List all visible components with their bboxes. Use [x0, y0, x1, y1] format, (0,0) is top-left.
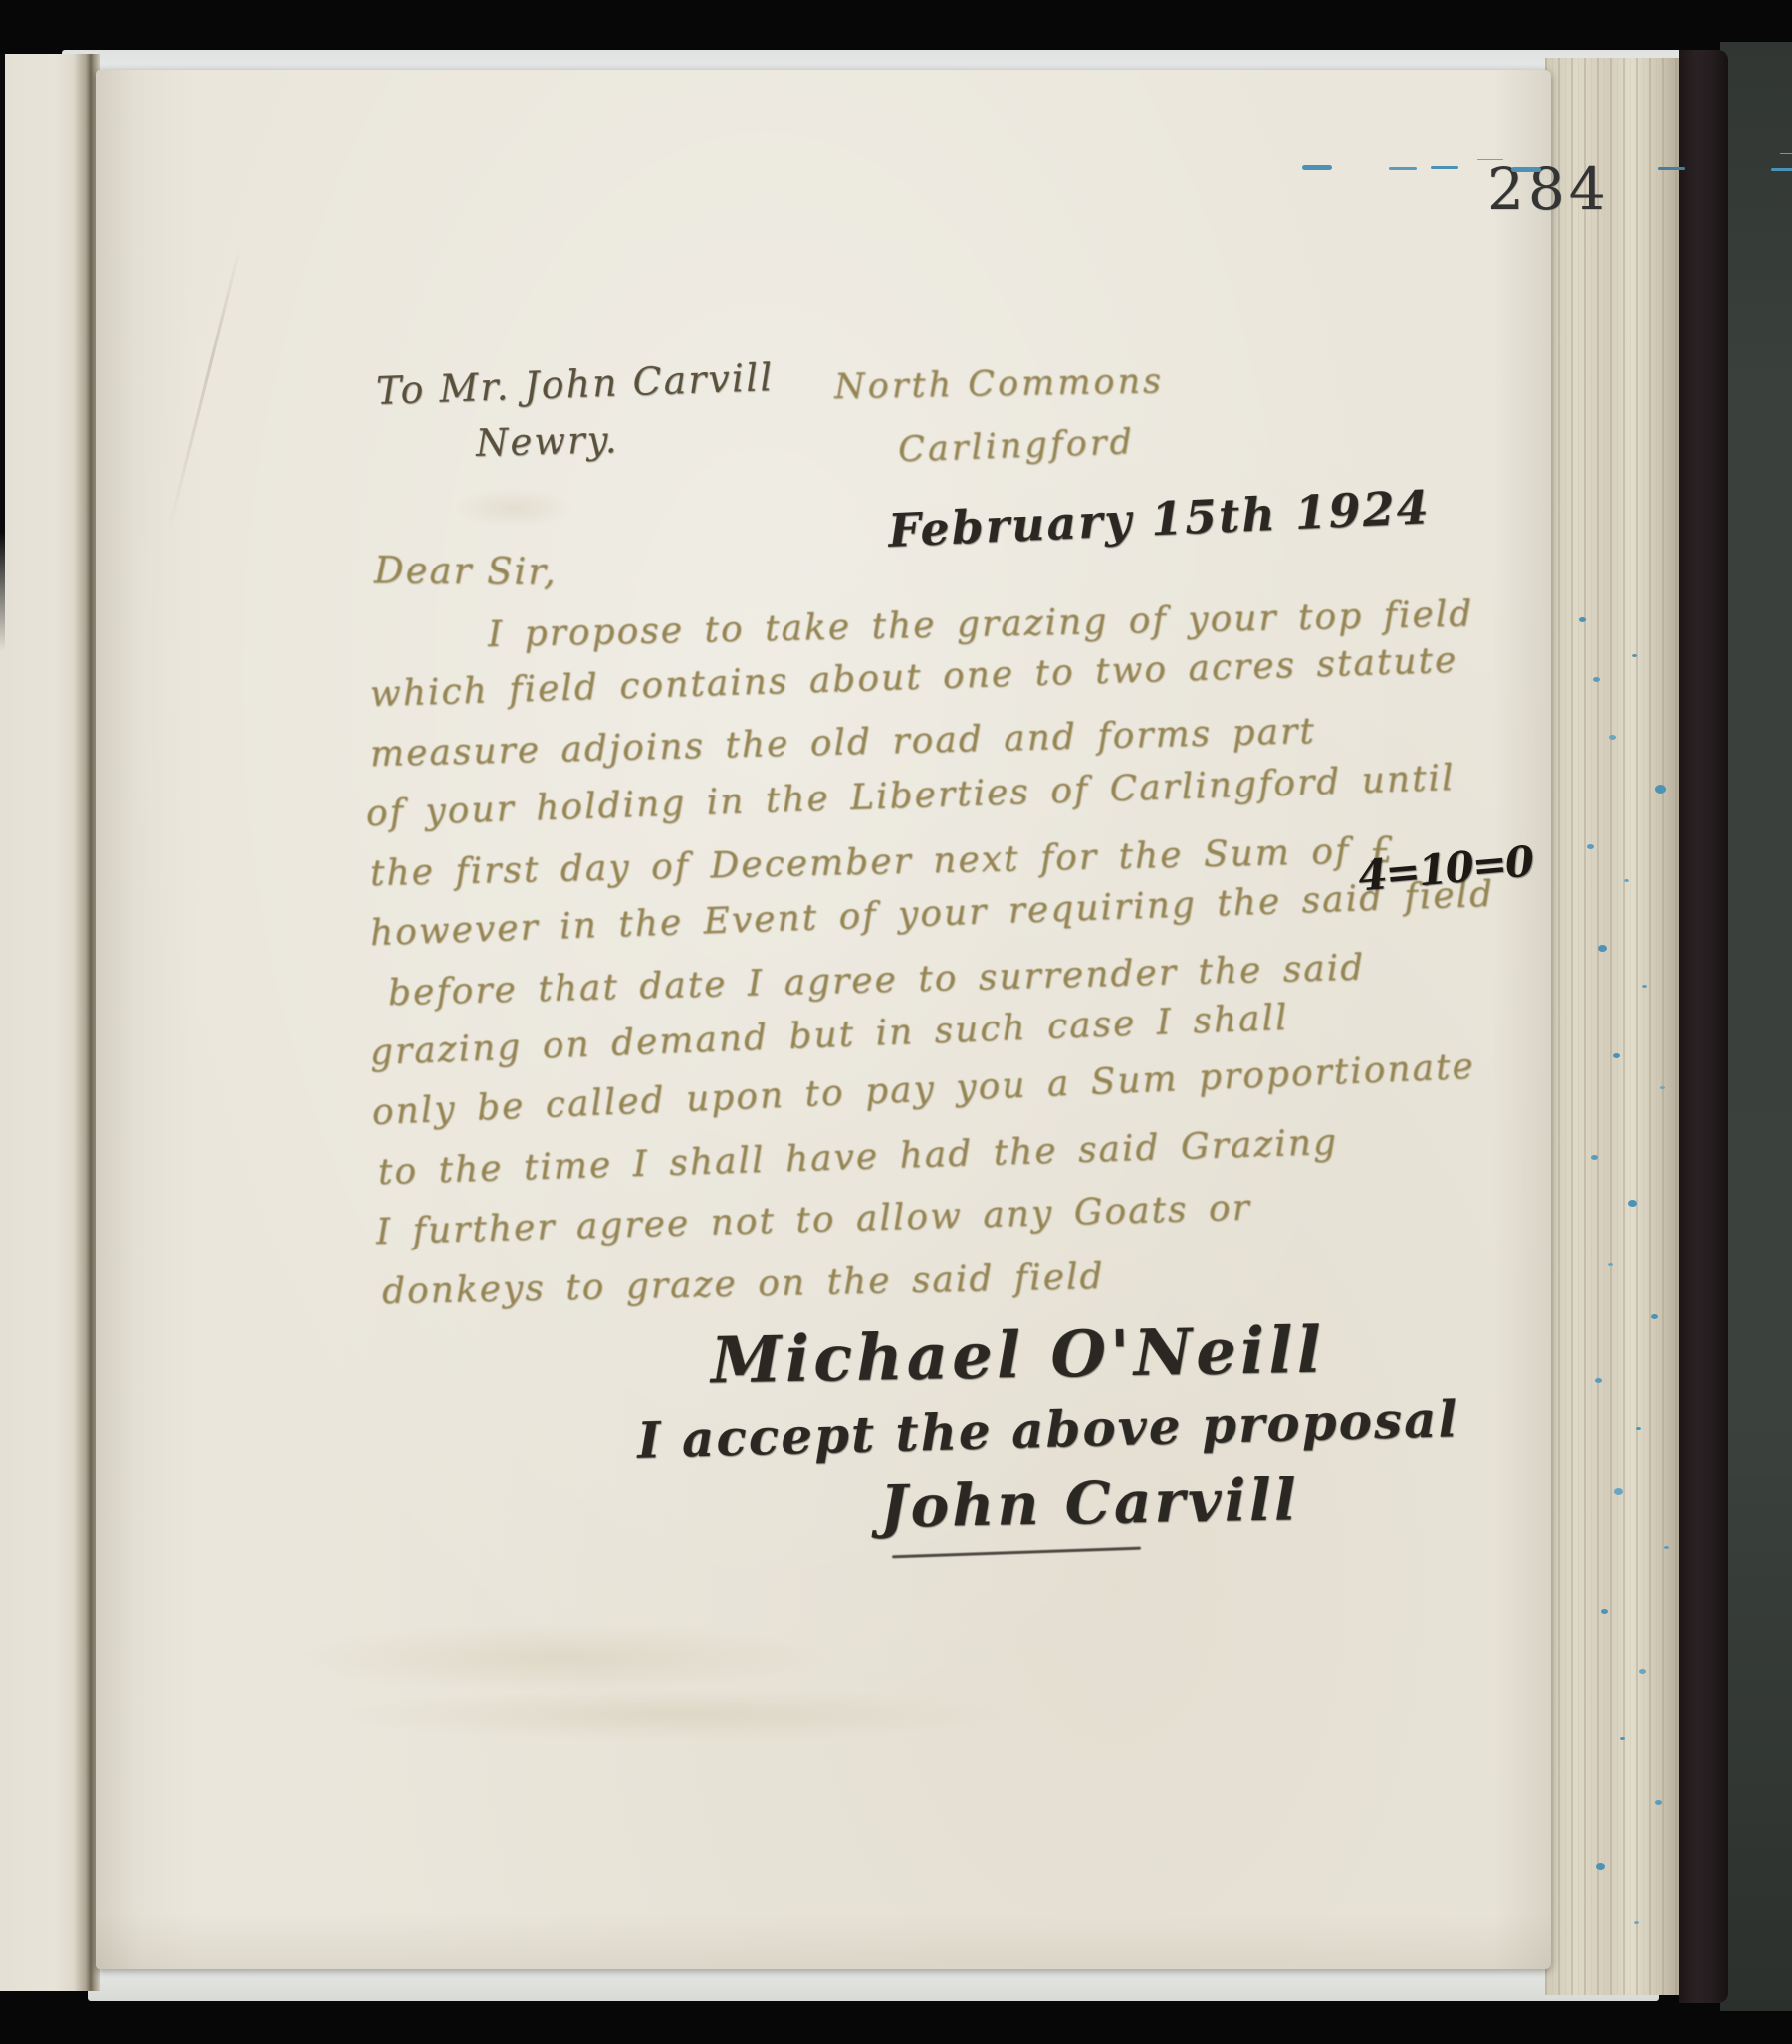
letter-body: I propose to take the grazing of your to… [370, 607, 1485, 1324]
signature-michael-oneill: Michael O'Neill [710, 1313, 1325, 1399]
letter-date: February 15th 1924 [887, 480, 1432, 558]
blue-speckles-top-edge [1302, 165, 1332, 170]
sender-address-line2: Carlingford [897, 422, 1135, 470]
background-right [1720, 42, 1792, 2011]
signature-underline-flourish [892, 1547, 1141, 1559]
signature-john-carvill: John Carvill [879, 1466, 1299, 1540]
previous-page-gutter [0, 54, 100, 1991]
ink-bleedthrough [454, 488, 573, 528]
salutation: Dear Sir, [374, 549, 558, 593]
acceptance-note: I accept the above proposal [636, 1389, 1459, 1470]
book-cover [1679, 50, 1728, 2003]
sender-address-line1: North Commons [834, 361, 1165, 407]
ink-bleedthrough [335, 1688, 1011, 1742]
recipient-name: To Mr. John Carvill [375, 355, 775, 413]
page-stack-fore-edge [1545, 58, 1684, 1995]
paper-crease [167, 243, 242, 534]
book-photo: 284 To Mr. John Carvill Newry. North Com… [0, 0, 1792, 2044]
left-shadow-sliver [0, 54, 5, 651]
letter-page: 284 To Mr. John Carvill Newry. North Com… [96, 70, 1551, 1969]
page-number: 284 [1487, 155, 1610, 223]
recipient-town: Newry. [475, 418, 618, 465]
blue-speckles-fore-edge [1579, 617, 1586, 622]
ink-bleedthrough [285, 1623, 842, 1693]
